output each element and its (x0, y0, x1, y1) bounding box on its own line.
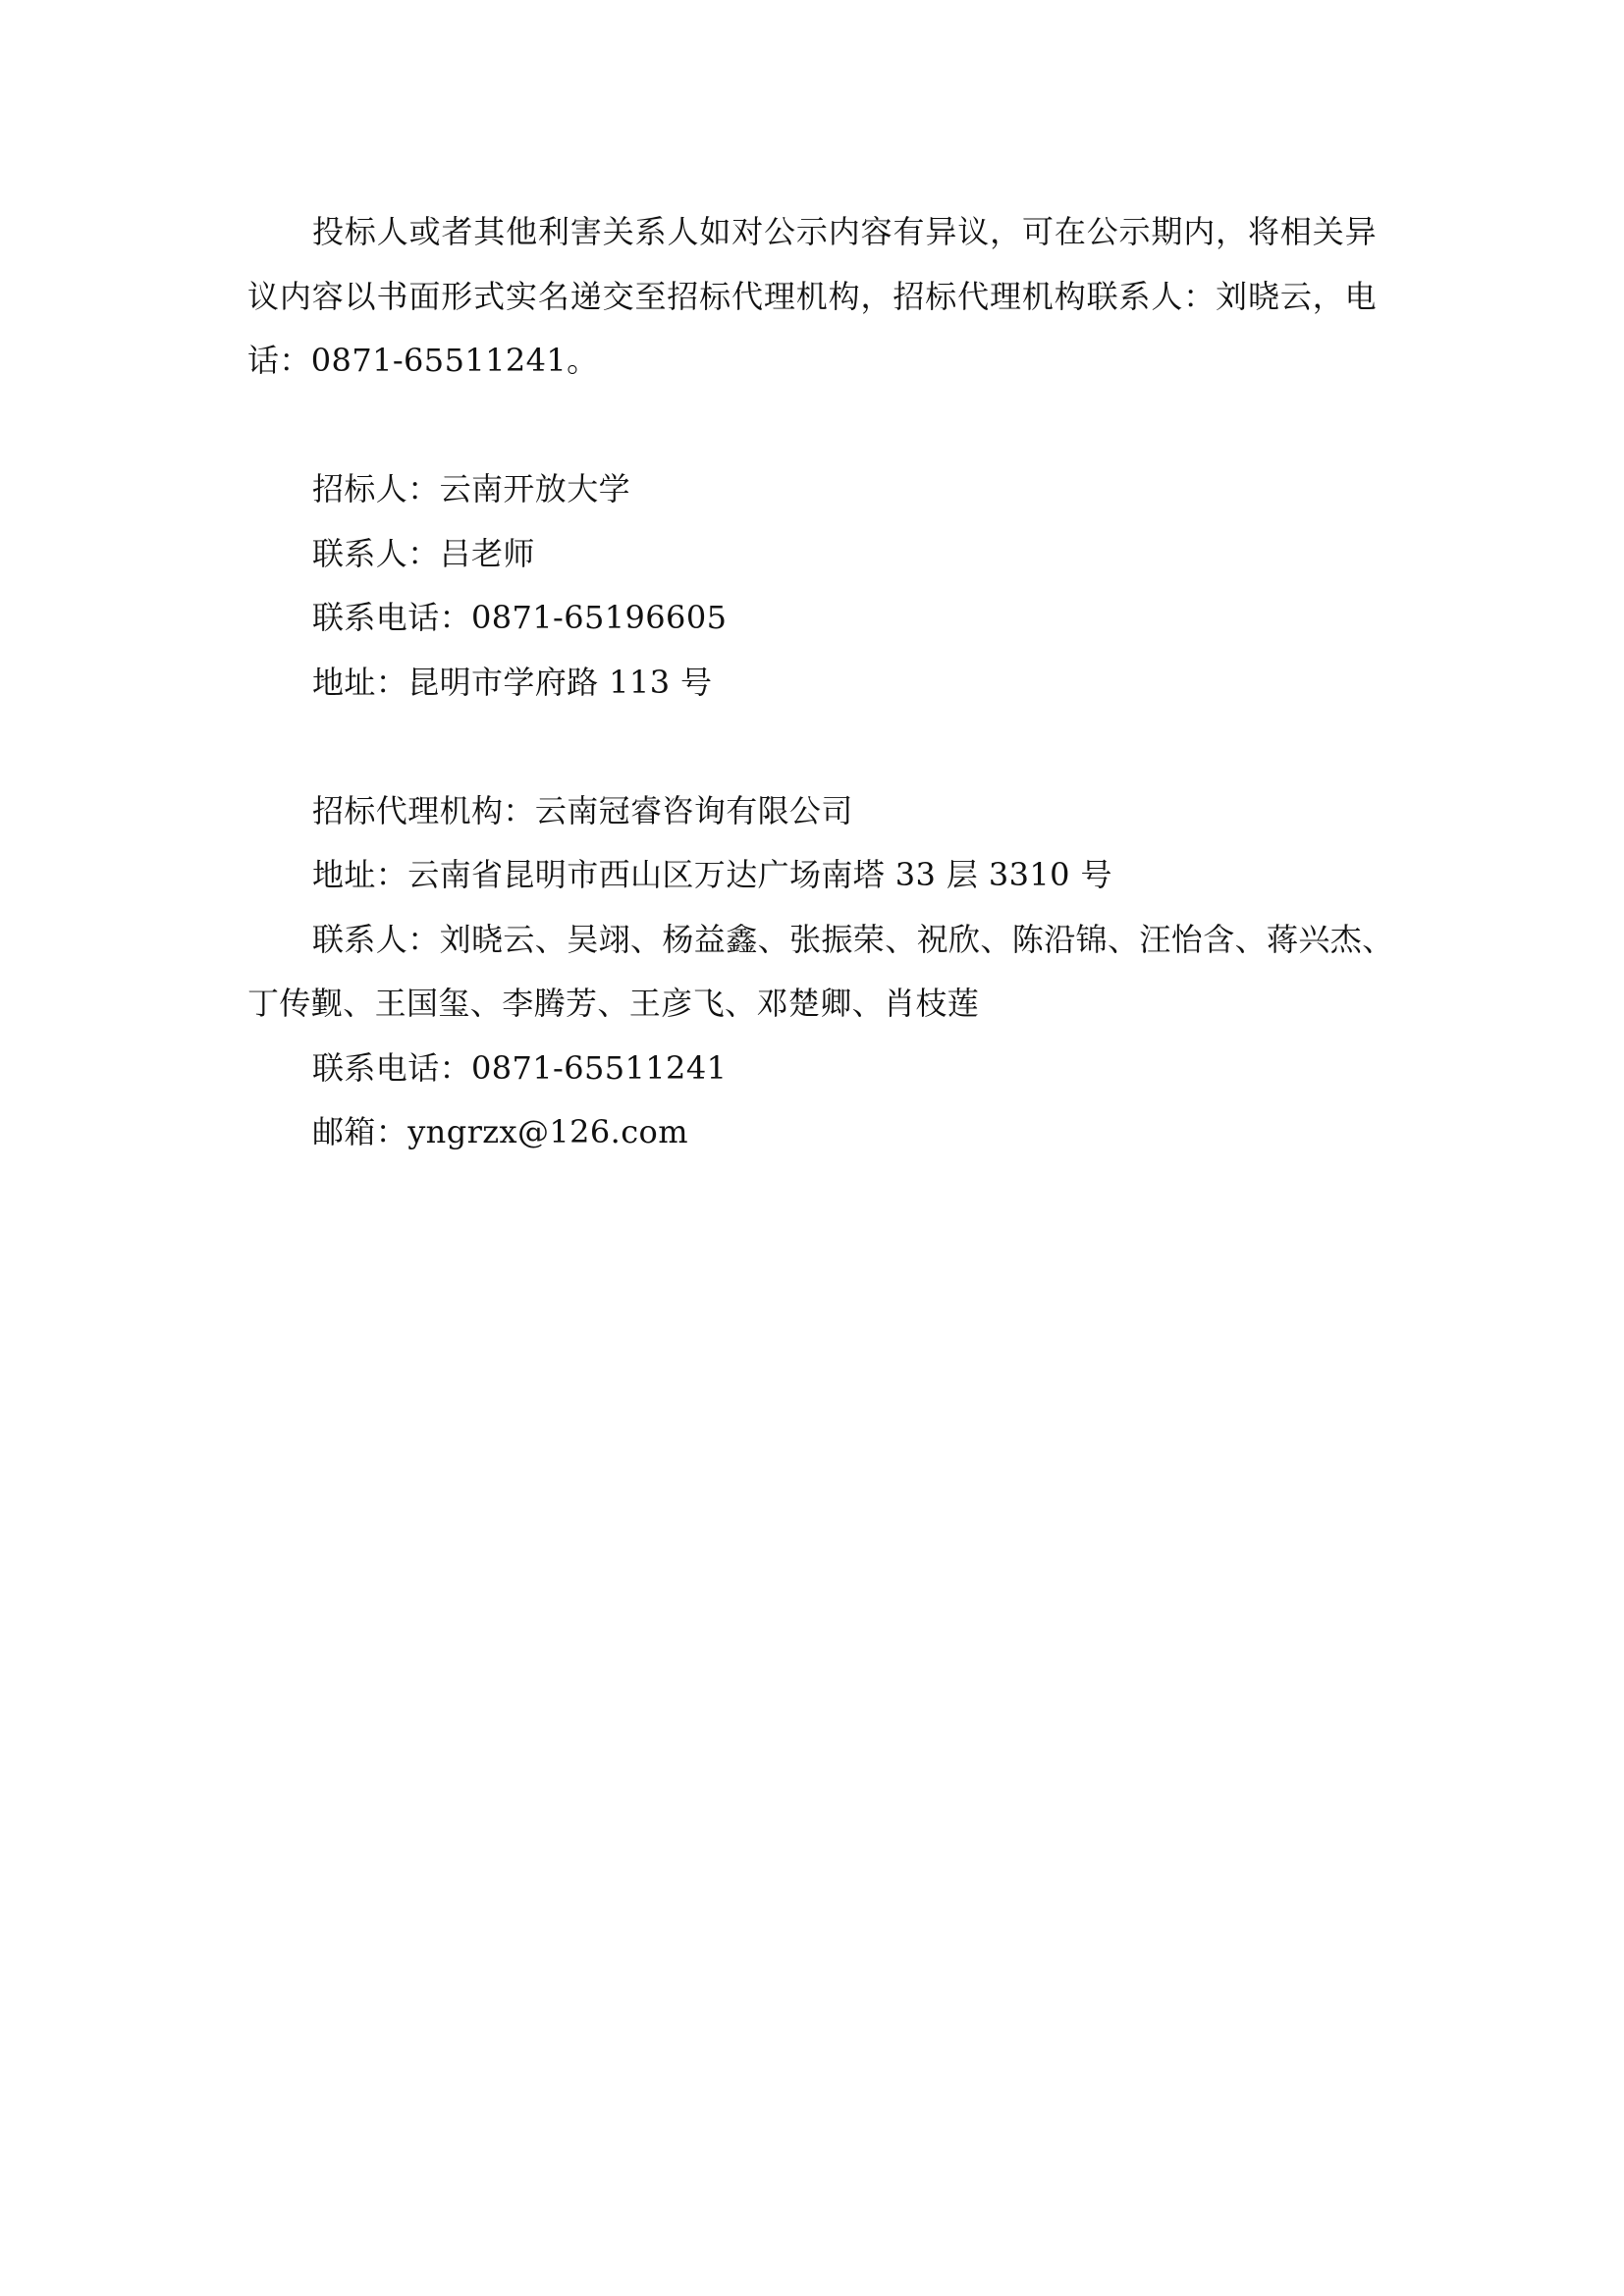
tenderer-phone: 0871-65196605 (471, 599, 727, 636)
tenderer-name: 云南开放大学 (440, 470, 630, 507)
tenderer-phone-line: 联系电话：0871-65196605 (247, 586, 1377, 651)
agency-address: 云南省昆明市西山区万达广场南塔 33 层 3310 号 (407, 856, 1112, 893)
tenderer-address: 昆明市学府路 113 号 (407, 664, 712, 701)
tenderer-name-label: 招标人： (312, 470, 440, 507)
agency-contacts-label: 联系人： (312, 921, 440, 958)
agency-name-label: 招标代理机构： (312, 792, 535, 829)
agency-email-line: 邮箱：yngrzx@126.com (247, 1100, 1377, 1165)
agency-contacts-continuation: 丁传觐、王国玺、李腾芳、王彦飞、邓楚卿、肖枝莲 (247, 972, 1377, 1037)
agency-section: 招标代理机构：云南冠睿咨询有限公司 地址：云南省昆明市西山区万达广场南塔 33 … (247, 779, 1377, 1165)
tenderer-name-line: 招标人：云南开放大学 (247, 457, 1377, 522)
tenderer-contact: 吕老师 (440, 535, 535, 572)
tenderer-contact-line: 联系人：吕老师 (247, 522, 1377, 587)
spacer (247, 715, 1377, 779)
agency-contacts-line: 联系人：刘晓云、吴翊、杨益鑫、张振荣、祝欣、陈沿锦、汪怡含、蒋兴杰、 (247, 908, 1377, 973)
document-page: 投标人或者其他利害关系人如对公示内容有异议，可在公示期内，将相关异议内容以书面形… (247, 200, 1377, 1165)
agency-phone: 0871-65511241 (471, 1049, 727, 1087)
agency-email: yngrzx@126.com (407, 1113, 688, 1150)
agency-address-line: 地址：云南省昆明市西山区万达广场南塔 33 层 3310 号 (247, 843, 1377, 908)
spacer (247, 394, 1377, 458)
objection-paragraph: 投标人或者其他利害关系人如对公示内容有异议，可在公示期内，将相关异议内容以书面形… (247, 200, 1377, 394)
agency-contacts-part2: 丁传觐、王国玺、李腾芳、王彦飞、邓楚卿、肖枝莲 (247, 985, 979, 1022)
tenderer-contact-label: 联系人： (312, 535, 440, 572)
agency-name-line: 招标代理机构：云南冠睿咨询有限公司 (247, 779, 1377, 844)
tenderer-phone-label: 联系电话： (312, 599, 471, 636)
agency-contacts-part1: 刘晓云、吴翊、杨益鑫、张振荣、祝欣、陈沿锦、汪怡含、蒋兴杰、 (440, 921, 1394, 958)
agency-address-label: 地址： (312, 856, 407, 893)
agency-email-label: 邮箱： (312, 1113, 407, 1150)
tenderer-address-label: 地址： (312, 664, 407, 701)
agency-name: 云南冠睿咨询有限公司 (535, 792, 853, 829)
agency-phone-label: 联系电话： (312, 1049, 471, 1087)
agency-phone-line: 联系电话：0871-65511241 (247, 1037, 1377, 1101)
tenderer-section: 招标人：云南开放大学 联系人：吕老师 联系电话：0871-65196605 地址… (247, 457, 1377, 715)
tenderer-address-line: 地址：昆明市学府路 113 号 (247, 651, 1377, 716)
